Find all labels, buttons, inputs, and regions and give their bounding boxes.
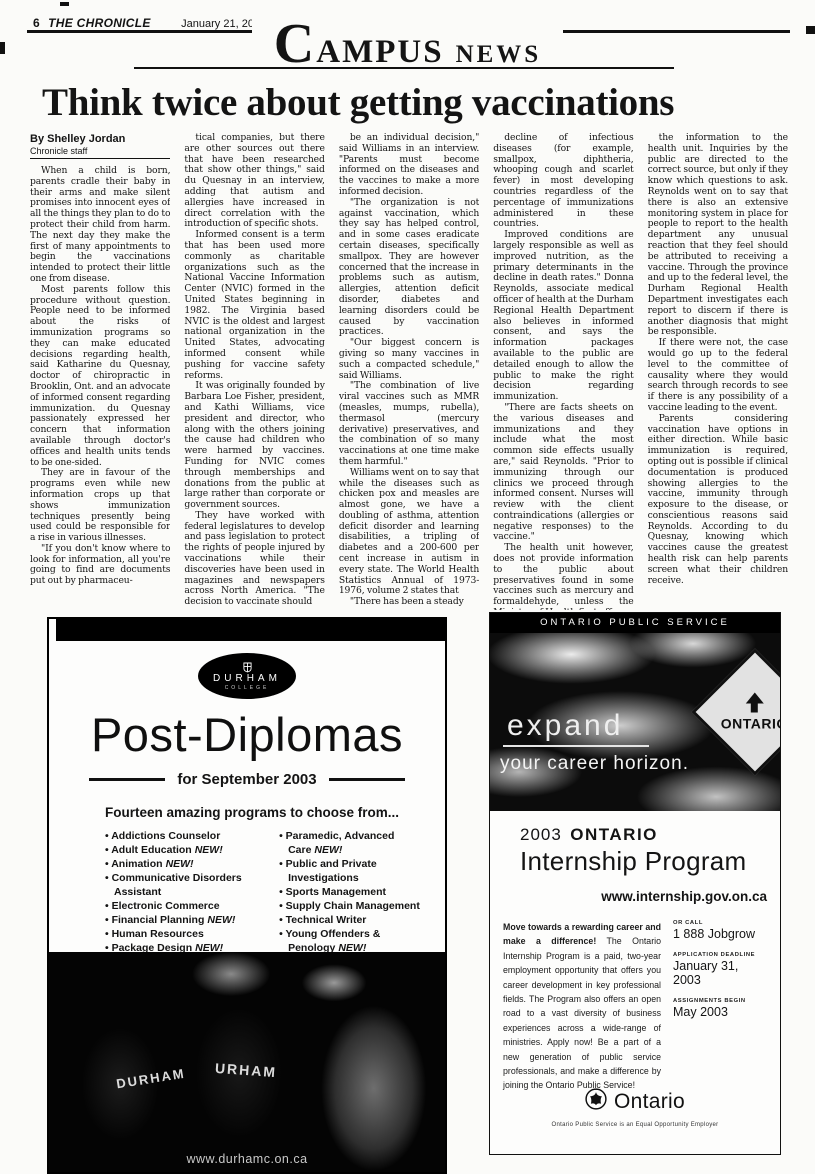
ad-subtitle: for September 2003 (177, 771, 316, 788)
paragraph: "There are facts sheets on the various d… (493, 403, 633, 543)
program-list-right: • Paramedic, Advanced CareNEW! • Public … (279, 829, 445, 955)
tagline-text: your career horizon. (500, 753, 689, 775)
article-body: By Shelley Jordan Chronicle staff When a… (30, 133, 788, 610)
hoodie-text: URHAM (215, 1060, 278, 1080)
info-item: APPLICATION DEADLINE January 31, 2003 (673, 952, 767, 987)
paragraph: If there were not, the case would go up … (648, 338, 788, 414)
info-label: OR CALL (673, 920, 767, 926)
newspaper-page: 6 THE CHRONICLE January 21, 2003 CAMPUS … (0, 0, 815, 1174)
info-label: ASSIGNMENTS BEGIN (673, 998, 767, 1004)
paragraph: be an individual decision," said William… (339, 133, 479, 198)
ad-subtitle-row: for September 2003 (49, 771, 445, 788)
paragraph: "If you don't know where to look for inf… (30, 544, 170, 587)
paragraph: Informed consent is a term that has been… (184, 230, 324, 381)
list-item: • Addictions Counselor (105, 829, 261, 843)
ad-top-bar (56, 619, 445, 641)
paragraph: tical companies, but there are other sou… (184, 133, 324, 230)
paragraph: "The organization is not against vaccina… (339, 198, 479, 338)
equal-opportunity-fine-print: Ontario Public Service is an Equal Oppor… (490, 1122, 780, 1128)
list-item: • Communicative Disorders Assistant (105, 871, 261, 899)
article-column-1: By Shelley Jordan Chronicle staff When a… (30, 133, 170, 610)
headline: Think twice about getting vaccinations (42, 80, 787, 125)
info-value: January 31, 2003 (673, 959, 767, 987)
ad-header-bar: ONTARIO PUBLIC SERVICE (490, 613, 780, 633)
paragraph: They are in favour of the programs even … (30, 468, 170, 544)
subtitle-rule-right (329, 778, 405, 781)
program-list-left: • Addictions Counselor • Adult Education… (105, 829, 261, 955)
paragraph: When a child is born, parents cradle the… (30, 166, 170, 285)
info-value: May 2003 (673, 1005, 767, 1019)
program-title: 2003 ONTARIO Internship Program (520, 825, 767, 877)
paragraph: Improved conditions are largely responsi… (493, 230, 633, 403)
contact-info: OR CALL 1 888 Jobgrow APPLICATION DEADLI… (673, 920, 767, 1093)
program-lists: • Addictions Counselor • Adult Education… (105, 829, 445, 955)
paragraph: Williams went on to say that while the d… (339, 468, 479, 598)
list-item: • Electronic Commerce (105, 899, 261, 913)
internship-website-url: www.internship.gov.on.ca (503, 889, 767, 904)
logo-subname: COLLEGE (225, 685, 270, 691)
list-item: • Human Resources (105, 927, 261, 941)
list-item: • Technical Writer (279, 913, 445, 927)
info-item: OR CALL 1 888 Jobgrow (673, 920, 767, 941)
list-item: • Financial PlanningNEW! (105, 913, 261, 927)
logo-name: DURHAM (213, 673, 281, 684)
ad-title: Post-Diplomas (49, 707, 445, 762)
article-column-3: be an individual decision," said William… (339, 133, 479, 610)
paragraph: the information to the health unit. Inqu… (648, 133, 788, 338)
paragraph: "Our biggest concern is giving so many v… (339, 338, 479, 381)
ontario-wordmark: Ontario (614, 1090, 685, 1114)
durham-college-logo: DURHAM COLLEGE (198, 653, 296, 699)
list-item: • Young Offenders & PenologyNEW! (279, 927, 445, 955)
title-program: Internship Program (520, 846, 767, 877)
paragraph: It was originally founded by Barbara Loe… (184, 381, 324, 511)
paragraph: Most parents follow this procedure witho… (30, 285, 170, 469)
list-item: • Public and Private Investigations (279, 857, 445, 885)
paragraph: "The combination of live viral vaccines … (339, 381, 479, 467)
article-column-5: the information to the health unit. Inqu… (648, 133, 788, 610)
scan-artifact (60, 2, 69, 6)
article-column-2: tical companies, but there are other sou… (184, 133, 324, 610)
ad-intro: Fourteen amazing programs to choose from… (105, 805, 445, 820)
list-item: • Sports Management (279, 885, 445, 899)
ontario-internship-ad: ONTARIO PUBLIC SERVICE ONTARIO expand yo… (489, 612, 781, 1155)
durham-college-ad: DURHAM COLLEGE Post-Diplomas for Septemb… (47, 617, 447, 1174)
section-subtitle: NEWS (456, 41, 542, 69)
list-item: • Adult EducationNEW! (105, 843, 261, 857)
paragraph: Parents considering vaccination have opt… (648, 414, 788, 587)
list-item: • Supply Chain Management (279, 899, 445, 913)
byline: By Shelley Jordan (30, 133, 170, 145)
subtitle-rule-left (89, 778, 165, 781)
ad-body: 2003 ONTARIO Internship Program www.inte… (490, 811, 780, 1093)
section-rule (134, 67, 674, 69)
sign-text: ONTARIO (721, 715, 780, 731)
paragraph: decline of infectious diseases (for exam… (493, 133, 633, 230)
ad-copy: Move towards a rewarding career and make… (503, 920, 661, 1093)
ontario-road-sign: ONTARIO (691, 648, 780, 775)
shield-icon (243, 661, 252, 672)
paragraph: "There has been a steady (339, 597, 479, 608)
paragraph: They have worked with federal legislatur… (184, 511, 324, 608)
hoodie-text: DURHAM (116, 1065, 187, 1091)
ontario-trillium-logo-icon (585, 1088, 607, 1115)
up-arrow-icon (746, 692, 764, 712)
title-brand: ONTARIO (570, 825, 658, 844)
expand-text: expand (503, 709, 649, 747)
info-value: 1 888 Jobgrow (673, 927, 767, 941)
byline-role: Chronicle staff (30, 146, 170, 159)
info-item: ASSIGNMENTS BEGIN May 2003 (673, 998, 767, 1019)
sky-photo: ONTARIO expand your career horizon. (490, 633, 780, 811)
article-column-4: decline of infectious diseases (for exam… (493, 133, 633, 610)
paragraph: The health unit however, does not provid… (493, 543, 633, 610)
title-year: 2003 (520, 825, 562, 844)
students-photo: DURHAM URHAM www.durhamc.on.ca (49, 952, 445, 1172)
info-label: APPLICATION DEADLINE (673, 952, 767, 958)
list-item: • Paramedic, Advanced CareNEW! (279, 829, 445, 857)
list-item: • AnimationNEW! (105, 857, 261, 871)
ad-copy-rest: The Ontario Internship Program is a paid… (503, 936, 661, 1090)
ontario-government-footer: Ontario Ontario Public Service is an Equ… (490, 1088, 780, 1128)
durham-website-url: www.durhamc.on.ca (49, 1152, 445, 1166)
